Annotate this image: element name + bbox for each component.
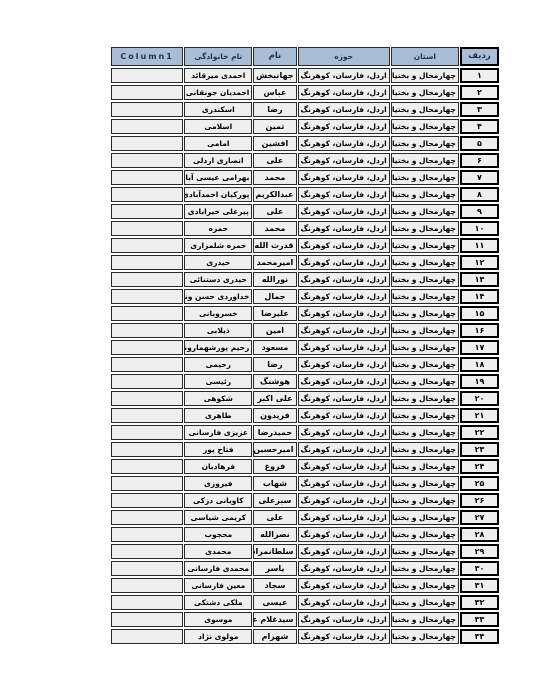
district-cell: اردل، فارسان، کوهرنگ و کیار bbox=[298, 459, 390, 474]
column1-cell bbox=[111, 425, 183, 440]
row-number-cell: ۲۵ bbox=[460, 476, 499, 491]
column1-cell bbox=[111, 374, 183, 389]
table-row: ۱۱چهارمحال و بختیاریاردل، فارسان، کوهرنگ… bbox=[111, 238, 499, 253]
table-row: ۲۸چهارمحال و بختیاریاردل، فارسان، کوهرنگ… bbox=[111, 527, 499, 542]
province-cell: چهارمحال و بختیاری bbox=[391, 170, 459, 185]
column1-cell bbox=[111, 85, 183, 100]
column1-cell bbox=[111, 493, 183, 508]
row-number-cell: ۹ bbox=[460, 204, 499, 219]
column1-cell bbox=[111, 136, 183, 151]
row-number-cell: ۱۷ bbox=[460, 340, 499, 355]
first-name-cell: عباس bbox=[253, 85, 296, 100]
province-cell: چهارمحال و بختیاری bbox=[391, 272, 459, 287]
first-name-cell: سجاد bbox=[253, 578, 296, 593]
district-cell: اردل، فارسان، کوهرنگ و کیار bbox=[298, 306, 390, 321]
last-name-cell: رحیمی bbox=[184, 357, 252, 372]
last-name-cell: حیدری دستنائی bbox=[184, 272, 252, 287]
last-name-cell: محمدی bbox=[184, 544, 252, 559]
column1-cell bbox=[111, 527, 183, 542]
district-cell: اردل، فارسان، کوهرنگ و کیار bbox=[298, 272, 390, 287]
table-row: ۱۹چهارمحال و بختیاریاردل، فارسان، کوهرنگ… bbox=[111, 374, 499, 389]
last-name-cell: ملکی دشتکی bbox=[184, 595, 252, 610]
first-name-cell: حمیدرضا bbox=[253, 425, 296, 440]
province-cell: چهارمحال و بختیاری bbox=[391, 187, 459, 202]
province-cell: چهارمحال و بختیاری bbox=[391, 578, 459, 593]
last-name-cell: احمدیان جونقانی bbox=[184, 85, 252, 100]
first-name-cell: محمد bbox=[253, 170, 296, 185]
first-name-cell: امین bbox=[253, 323, 296, 338]
table-row: ۱۶چهارمحال و بختیاریاردل، فارسان، کوهرنگ… bbox=[111, 323, 499, 338]
column1-cell bbox=[111, 289, 183, 304]
district-cell: اردل، فارسان، کوهرنگ و کیار bbox=[298, 493, 390, 508]
province-cell: چهارمحال و بختیاری bbox=[391, 544, 459, 559]
province-cell: چهارمحال و بختیاری bbox=[391, 510, 459, 525]
district-cell: اردل، فارسان، کوهرنگ و کیار bbox=[298, 289, 390, 304]
row-number-cell: ۷ bbox=[460, 170, 499, 185]
last-name-cell: کاویانی دزکی bbox=[184, 493, 252, 508]
column1-cell bbox=[111, 476, 183, 491]
province-cell: چهارمحال و بختیاری bbox=[391, 323, 459, 338]
table-row: ۳۲چهارمحال و بختیاریاردل، فارسان، کوهرنگ… bbox=[111, 595, 499, 610]
row-number-cell: ۳۲ bbox=[460, 595, 499, 610]
first-name-cell: قدرت الله bbox=[253, 238, 296, 253]
row-number-cell: ۵ bbox=[460, 136, 499, 151]
column1-cell bbox=[111, 306, 183, 321]
column1-cell bbox=[111, 119, 183, 134]
last-name-cell: موسوی bbox=[184, 612, 252, 627]
district-cell: اردل، فارسان، کوهرنگ و کیار bbox=[298, 561, 390, 576]
province-cell: چهارمحال و بختیاری bbox=[391, 119, 459, 134]
column1-cell bbox=[111, 629, 183, 644]
column1-cell bbox=[111, 595, 183, 610]
column1-cell bbox=[111, 578, 183, 593]
row-number-cell: ۲۶ bbox=[460, 493, 499, 508]
district-cell: اردل، فارسان، کوهرنگ و کیار bbox=[298, 85, 390, 100]
row-number-cell: ۳۴ bbox=[460, 629, 499, 644]
table-row: ۹چهارمحال و بختیاریاردل، فارسان، کوهرنگ … bbox=[111, 204, 499, 219]
last-name-cell: خداوردی حسن وند bbox=[184, 289, 252, 304]
row-number-cell: ۸ bbox=[460, 187, 499, 202]
column1-cell bbox=[111, 272, 183, 287]
province-cell: چهارمحال و بختیاری bbox=[391, 289, 459, 304]
column1-cell bbox=[111, 459, 183, 474]
row-number-cell: ۳۳ bbox=[460, 612, 499, 627]
first-name-cell: عیسی bbox=[253, 595, 296, 610]
last-name-cell: ذیلابی bbox=[184, 323, 252, 338]
last-name-cell: فیروزی bbox=[184, 476, 252, 491]
table-row: ۳۴چهارمحال و بختیاریاردل، فارسان، کوهرنگ… bbox=[111, 629, 499, 644]
row-number-cell: ۱۵ bbox=[460, 306, 499, 321]
first-name-cell: ثمین bbox=[253, 119, 296, 134]
district-cell: اردل، فارسان، کوهرنگ و کیار bbox=[298, 527, 390, 542]
row-number-cell: ۴ bbox=[460, 119, 499, 134]
district-cell: اردل، فارسان، کوهرنگ و کیار bbox=[298, 68, 390, 83]
district-cell: اردل، فارسان، کوهرنگ و کیار bbox=[298, 102, 390, 117]
first-name-cell: علی bbox=[253, 510, 296, 525]
last-name-cell: رئیسی bbox=[184, 374, 252, 389]
district-cell: اردل، فارسان، کوهرنگ و کیار bbox=[298, 323, 390, 338]
row-number-cell: ۱۱ bbox=[460, 238, 499, 253]
district-cell: اردل، فارسان، کوهرنگ و کیار bbox=[298, 204, 390, 219]
row-number-cell: ۲۷ bbox=[460, 510, 499, 525]
column1-cell bbox=[111, 68, 183, 83]
last-name-cell: محمدی فارسانی bbox=[184, 561, 252, 576]
last-name-cell: طاهری bbox=[184, 408, 252, 423]
province-cell: چهارمحال و بختیاری bbox=[391, 204, 459, 219]
table-row: ۲۷چهارمحال و بختیاریاردل، فارسان، کوهرنگ… bbox=[111, 510, 499, 525]
district-cell: اردل، فارسان، کوهرنگ و کیار bbox=[298, 357, 390, 372]
last-name-cell: انصاری اردلی bbox=[184, 153, 252, 168]
first-name-cell: محمد bbox=[253, 221, 296, 236]
table-row: ۱۷چهارمحال و بختیاریاردل، فارسان، کوهرنگ… bbox=[111, 340, 499, 355]
header-column1: Column1 bbox=[111, 47, 183, 66]
first-name-cell: شهاب bbox=[253, 476, 296, 491]
table-row: ۳۰چهارمحال و بختیاریاردل، فارسان، کوهرنگ… bbox=[111, 561, 499, 576]
header-family-name: نام خانوادگی bbox=[184, 47, 252, 66]
table-header-row: ردیف استان حوزه نام نام خانوادگی Column1 bbox=[111, 47, 499, 66]
province-cell: چهارمحال و بختیاری bbox=[391, 459, 459, 474]
header-nam: نام bbox=[253, 47, 296, 66]
column1-cell bbox=[111, 238, 183, 253]
district-cell: اردل، فارسان، کوهرنگ و کیار bbox=[298, 221, 390, 236]
district-cell: اردل، فارسان، کوهرنگ و کیار bbox=[298, 170, 390, 185]
province-cell: چهارمحال و بختیاری bbox=[391, 153, 459, 168]
column1-cell bbox=[111, 102, 183, 117]
province-cell: چهارمحال و بختیاری bbox=[391, 391, 459, 406]
last-name-cell: فرهادیان bbox=[184, 459, 252, 474]
last-name-cell: حیدری bbox=[184, 255, 252, 270]
row-number-cell: ۱۴ bbox=[460, 289, 499, 304]
header-hozeh: حوزه bbox=[298, 47, 390, 66]
table-row: ۲۹چهارمحال و بختیاریاردل، فارسان، کوهرنگ… bbox=[111, 544, 499, 559]
row-number-cell: ۳۱ bbox=[460, 578, 499, 593]
first-name-cell: امیرمحمد bbox=[253, 255, 296, 270]
table-row: ۱۳چهارمحال و بختیاریاردل، فارسان، کوهرنگ… bbox=[111, 272, 499, 287]
row-number-cell: ۲۲ bbox=[460, 425, 499, 440]
row-number-cell: ۲۴ bbox=[460, 459, 499, 474]
district-cell: اردل، فارسان، کوهرنگ و کیار bbox=[298, 425, 390, 440]
province-cell: چهارمحال و بختیاری bbox=[391, 68, 459, 83]
district-cell: اردل، فارسان، کوهرنگ و کیار bbox=[298, 510, 390, 525]
province-cell: چهارمحال و بختیاری bbox=[391, 136, 459, 151]
row-number-cell: ۲۸ bbox=[460, 527, 499, 542]
province-cell: چهارمحال و بختیاری bbox=[391, 527, 459, 542]
first-name-cell: علی bbox=[253, 204, 296, 219]
province-cell: چهارمحال و بختیاری bbox=[391, 340, 459, 355]
province-cell: چهارمحال و بختیاری bbox=[391, 85, 459, 100]
table-row: ۶چهارمحال و بختیاریاردل، فارسان، کوهرنگ … bbox=[111, 153, 499, 168]
province-cell: چهارمحال و بختیاری bbox=[391, 561, 459, 576]
province-cell: چهارمحال و بختیاری bbox=[391, 102, 459, 117]
district-cell: اردل، فارسان، کوهرنگ و کیار bbox=[298, 374, 390, 389]
table-row: ۲چهارمحال و بختیاریاردل، فارسان، کوهرنگ … bbox=[111, 85, 499, 100]
row-number-cell: ۶ bbox=[460, 153, 499, 168]
row-number-cell: ۲۹ bbox=[460, 544, 499, 559]
province-cell: چهارمحال و بختیاری bbox=[391, 357, 459, 372]
first-name-cell: امیرحسین bbox=[253, 442, 296, 457]
last-name-cell: پورکیان احمدآبادی bbox=[184, 187, 252, 202]
first-name-cell: رضا bbox=[253, 357, 296, 372]
district-cell: اردل، فارسان، کوهرنگ و کیار bbox=[298, 340, 390, 355]
first-name-cell: عبدالکریم bbox=[253, 187, 296, 202]
province-cell: چهارمحال و بختیاری bbox=[391, 493, 459, 508]
last-name-cell: معین فارسانی bbox=[184, 578, 252, 593]
first-name-cell: نورالله bbox=[253, 272, 296, 287]
last-name-cell: رحیم پورشهماروندی bbox=[184, 340, 252, 355]
table-row: ۲۵چهارمحال و بختیاریاردل، فارسان، کوهرنگ… bbox=[111, 476, 499, 491]
province-cell: چهارمحال و بختیاری bbox=[391, 595, 459, 610]
first-name-cell: فریدون bbox=[253, 408, 296, 423]
province-cell: چهارمحال و بختیاری bbox=[391, 306, 459, 321]
last-name-cell: فتاح پور bbox=[184, 442, 252, 457]
province-cell: چهارمحال و بختیاری bbox=[391, 238, 459, 253]
table-row: ۲۰چهارمحال و بختیاریاردل، فارسان، کوهرنگ… bbox=[111, 391, 499, 406]
table-row: ۱۵چهارمحال و بختیاریاردل، فارسان، کوهرنگ… bbox=[111, 306, 499, 321]
district-cell: اردل، فارسان، کوهرنگ و کیار bbox=[298, 612, 390, 627]
first-name-cell: افشین bbox=[253, 136, 296, 151]
district-cell: اردل، فارسان، کوهرنگ و کیار bbox=[298, 136, 390, 151]
row-number-cell: ۱۳ bbox=[460, 272, 499, 287]
table-body: ۱چهارمحال و بختیاریاردل، فارسان، کوهرنگ … bbox=[111, 68, 499, 644]
table-row: ۱۴چهارمحال و بختیاریاردل، فارسان، کوهرنگ… bbox=[111, 289, 499, 304]
first-name-cell: یاسر bbox=[253, 561, 296, 576]
table-row: ۲۳چهارمحال و بختیاریاردل، فارسان، کوهرنگ… bbox=[111, 442, 499, 457]
district-cell: اردل، فارسان، کوهرنگ و کیار bbox=[298, 255, 390, 270]
table-row: ۱۰چهارمحال و بختیاریاردل، فارسان، کوهرنگ… bbox=[111, 221, 499, 236]
header-radif: ردیف bbox=[460, 47, 499, 66]
last-name-cell: محجوب bbox=[184, 527, 252, 542]
column1-cell bbox=[111, 544, 183, 559]
row-number-cell: ۲۱ bbox=[460, 408, 499, 423]
district-cell: اردل، فارسان، کوهرنگ و کیار bbox=[298, 153, 390, 168]
district-cell: اردل، فارسان، کوهرنگ و کیار bbox=[298, 238, 390, 253]
first-name-cell: سلطانمراد bbox=[253, 544, 296, 559]
last-name-cell: مولوی نژاد bbox=[184, 629, 252, 644]
row-number-cell: ۲ bbox=[460, 85, 499, 100]
province-cell: چهارمحال و بختیاری bbox=[391, 476, 459, 491]
column1-cell bbox=[111, 408, 183, 423]
table-row: ۴چهارمحال و بختیاریاردل، فارسان، کوهرنگ … bbox=[111, 119, 499, 134]
first-name-cell: علی اکبر bbox=[253, 391, 296, 406]
province-cell: چهارمحال و بختیاری bbox=[391, 255, 459, 270]
first-name-cell: جمال bbox=[253, 289, 296, 304]
district-cell: اردل، فارسان، کوهرنگ و کیار bbox=[298, 442, 390, 457]
column1-cell bbox=[111, 561, 183, 576]
first-name-cell: فروغ bbox=[253, 459, 296, 474]
province-cell: چهارمحال و بختیاری bbox=[391, 221, 459, 236]
row-number-cell: ۲۳ bbox=[460, 442, 499, 457]
table-row: ۳۳چهارمحال و بختیاریاردل، فارسان، کوهرنگ… bbox=[111, 612, 499, 627]
last-name-cell: شکوهی bbox=[184, 391, 252, 406]
row-number-cell: ۲۰ bbox=[460, 391, 499, 406]
first-name-cell: سیدغلام عباس bbox=[253, 612, 296, 627]
first-name-cell: مسعود bbox=[253, 340, 296, 355]
people-table: ردیف استان حوزه نام نام خانوادگی Column1… bbox=[110, 45, 500, 646]
first-name-cell: سبزعلی bbox=[253, 493, 296, 508]
column1-cell bbox=[111, 340, 183, 355]
row-number-cell: ۱۹ bbox=[460, 374, 499, 389]
province-cell: چهارمحال و بختیاری bbox=[391, 612, 459, 627]
table-row: ۵چهارمحال و بختیاریاردل، فارسان، کوهرنگ … bbox=[111, 136, 499, 151]
district-cell: اردل، فارسان، کوهرنگ و کیار bbox=[298, 391, 390, 406]
last-name-cell: امامی bbox=[184, 136, 252, 151]
row-number-cell: ۱۲ bbox=[460, 255, 499, 270]
table-row: ۸چهارمحال و بختیاریاردل، فارسان، کوهرنگ … bbox=[111, 187, 499, 202]
last-name-cell: بهرامی عیسی آبادی bbox=[184, 170, 252, 185]
last-name-cell: احمدی میرقائد bbox=[184, 68, 252, 83]
district-cell: اردل، فارسان، کوهرنگ و کیار bbox=[298, 544, 390, 559]
table-row: ۱چهارمحال و بختیاریاردل، فارسان، کوهرنگ … bbox=[111, 68, 499, 83]
last-name-cell: عزیزی فارسانی bbox=[184, 425, 252, 440]
district-cell: اردل، فارسان، کوهرنگ و کیار bbox=[298, 476, 390, 491]
row-number-cell: ۱۸ bbox=[460, 357, 499, 372]
table-row: ۷چهارمحال و بختیاریاردل، فارسان، کوهرنگ … bbox=[111, 170, 499, 185]
row-number-cell: ۱ bbox=[460, 68, 499, 83]
last-name-cell: خسروبانی bbox=[184, 306, 252, 321]
first-name-cell: علیرضا bbox=[253, 306, 296, 321]
row-number-cell: ۳ bbox=[460, 102, 499, 117]
first-name-cell: علی bbox=[253, 153, 296, 168]
column1-cell bbox=[111, 391, 183, 406]
province-cell: چهارمحال و بختیاری bbox=[391, 374, 459, 389]
province-cell: چهارمحال و بختیاری bbox=[391, 408, 459, 423]
column1-cell bbox=[111, 153, 183, 168]
first-name-cell: رضا bbox=[253, 102, 296, 117]
province-cell: چهارمحال و بختیاری bbox=[391, 425, 459, 440]
header-ostan: استان bbox=[391, 47, 459, 66]
last-name-cell: حمزه شلمزاری bbox=[184, 238, 252, 253]
last-name-cell: اسکندری bbox=[184, 102, 252, 117]
row-number-cell: ۳۰ bbox=[460, 561, 499, 576]
first-name-cell: نصرالله bbox=[253, 527, 296, 542]
table-row: ۲۱چهارمحال و بختیاریاردل، فارسان، کوهرنگ… bbox=[111, 408, 499, 423]
spreadsheet-table-region: ردیف استان حوزه نام نام خانوادگی Column1… bbox=[110, 45, 500, 646]
table-row: ۲۶چهارمحال و بختیاریاردل، فارسان، کوهرنگ… bbox=[111, 493, 499, 508]
district-cell: اردل، فارسان، کوهرنگ و کیار bbox=[298, 578, 390, 593]
first-name-cell: شهرام bbox=[253, 629, 296, 644]
district-cell: اردل، فارسان، کوهرنگ و کیار bbox=[298, 595, 390, 610]
table-row: ۲۴چهارمحال و بختیاریاردل، فارسان، کوهرنگ… bbox=[111, 459, 499, 474]
first-name-cell: هوشنگ bbox=[253, 374, 296, 389]
table-row: ۱۸چهارمحال و بختیاریاردل، فارسان، کوهرنگ… bbox=[111, 357, 499, 372]
last-name-cell: پیرعلی خیرابادی bbox=[184, 204, 252, 219]
column1-cell bbox=[111, 204, 183, 219]
last-name-cell: کریمی شیاسی bbox=[184, 510, 252, 525]
table-row: ۲۲چهارمحال و بختیاریاردل، فارسان، کوهرنگ… bbox=[111, 425, 499, 440]
column1-cell bbox=[111, 612, 183, 627]
column1-cell bbox=[111, 442, 183, 457]
row-number-cell: ۱۶ bbox=[460, 323, 499, 338]
last-name-cell: حمزه bbox=[184, 221, 252, 236]
province-cell: چهارمحال و بختیاری bbox=[391, 629, 459, 644]
last-name-cell: اسلامی bbox=[184, 119, 252, 134]
district-cell: اردل، فارسان، کوهرنگ و کیار bbox=[298, 629, 390, 644]
column1-cell bbox=[111, 323, 183, 338]
first-name-cell: جهانبخش bbox=[253, 68, 296, 83]
table-row: ۳۱چهارمحال و بختیاریاردل، فارسان، کوهرنگ… bbox=[111, 578, 499, 593]
table-row: ۳چهارمحال و بختیاریاردل، فارسان، کوهرنگ … bbox=[111, 102, 499, 117]
province-cell: چهارمحال و بختیاری bbox=[391, 442, 459, 457]
column1-cell bbox=[111, 255, 183, 270]
district-cell: اردل، فارسان، کوهرنگ و کیار bbox=[298, 408, 390, 423]
column1-cell bbox=[111, 357, 183, 372]
column1-cell bbox=[111, 187, 183, 202]
column1-cell bbox=[111, 221, 183, 236]
district-cell: اردل، فارسان، کوهرنگ و کیار bbox=[298, 119, 390, 134]
column1-cell bbox=[111, 510, 183, 525]
row-number-cell: ۱۰ bbox=[460, 221, 499, 236]
district-cell: اردل، فارسان، کوهرنگ و کیار bbox=[298, 187, 390, 202]
column1-cell bbox=[111, 170, 183, 185]
table-row: ۱۲چهارمحال و بختیاریاردل، فارسان، کوهرنگ… bbox=[111, 255, 499, 270]
